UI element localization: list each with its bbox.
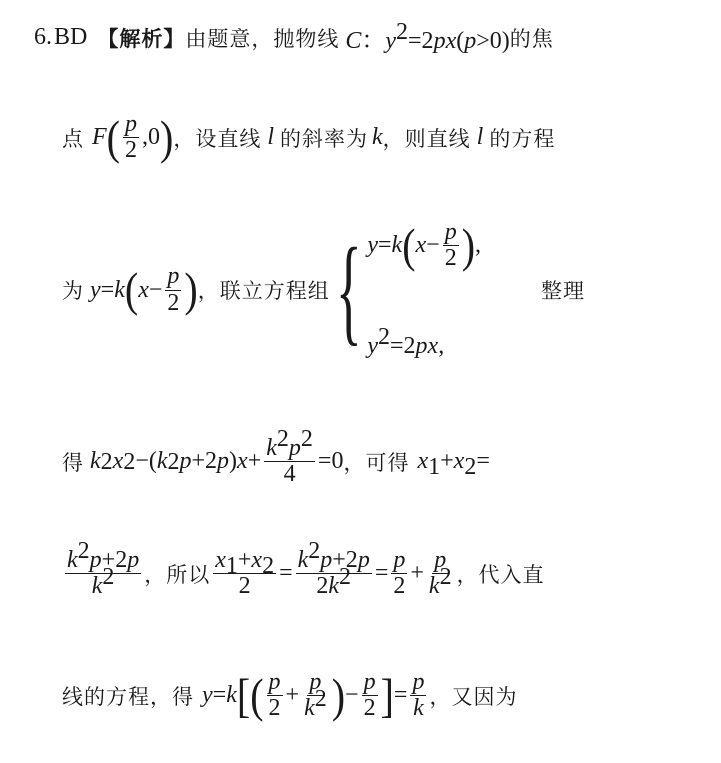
solution-line-3: 为 y=k(x−p2) ，联立方程组 { y=k(x−p2), y2=2px, …	[62, 220, 585, 360]
text: ，又因为	[429, 681, 517, 711]
math: k	[372, 124, 383, 151]
text: ，代入直	[457, 559, 545, 589]
math-sum: k2p+2pk2	[62, 548, 144, 599]
text: ，所以	[144, 559, 210, 589]
text: ，可得	[343, 447, 409, 477]
math: C：y2=2px(p>0)	[345, 20, 509, 55]
text: 点	[62, 123, 84, 153]
text: 由题意，抛物线	[185, 23, 339, 53]
math: l	[477, 124, 484, 151]
math-quadratic: k2x2−(k2p+2p)x+k2p24=0	[90, 436, 343, 487]
math-focus: F(p2,0)	[92, 112, 173, 163]
problem-number: 6.	[34, 24, 52, 51]
solution-line-6: 线的方程，得 y=k[(p2+pk2)−p2]=pk ，又因为	[62, 670, 517, 721]
text: 的方程	[489, 123, 555, 153]
math: l	[267, 124, 274, 151]
solution-line-2: 点 F(p2,0) ，设直线 l 的斜率为 k ，则直线 l 的方程	[62, 112, 555, 163]
analysis-label: 【解析】	[97, 23, 185, 53]
answer-choice: BD	[54, 24, 87, 51]
math-y-value: y=k[(p2+pk2)−p2]=pk	[202, 670, 429, 721]
math: x1+x2=	[417, 448, 489, 475]
left-brace: {	[336, 230, 362, 350]
text: 整理	[541, 275, 585, 305]
math-midpoint: x1+x22=k2p+2p2k2=p2+pk2	[210, 548, 456, 599]
text: ，设直线	[173, 123, 261, 153]
text: 的焦	[510, 23, 554, 53]
math-line-eq: y=k(x−p2)	[90, 264, 198, 315]
text: 得	[62, 447, 84, 477]
solution-line-4: 得 k2x2−(k2p+2p)x+k2p24=0 ，可得 x1+x2=	[62, 436, 490, 487]
text: 的斜率为	[280, 123, 368, 153]
text: 线的方程，得	[62, 681, 194, 711]
text: ，联立方程组	[198, 275, 330, 305]
solution-line-1: 6. BD 【解析】 由题意，抛物线 C：y2=2px(p>0) 的焦	[34, 20, 554, 55]
equation-system: { y=k(x−p2), y2=2px,	[330, 220, 481, 360]
solution-line-5: k2p+2pk2 ，所以 x1+x22=k2p+2p2k2=p2+pk2 ，代入…	[62, 548, 545, 599]
text: 为	[62, 275, 84, 305]
text: ，则直线	[383, 123, 471, 153]
